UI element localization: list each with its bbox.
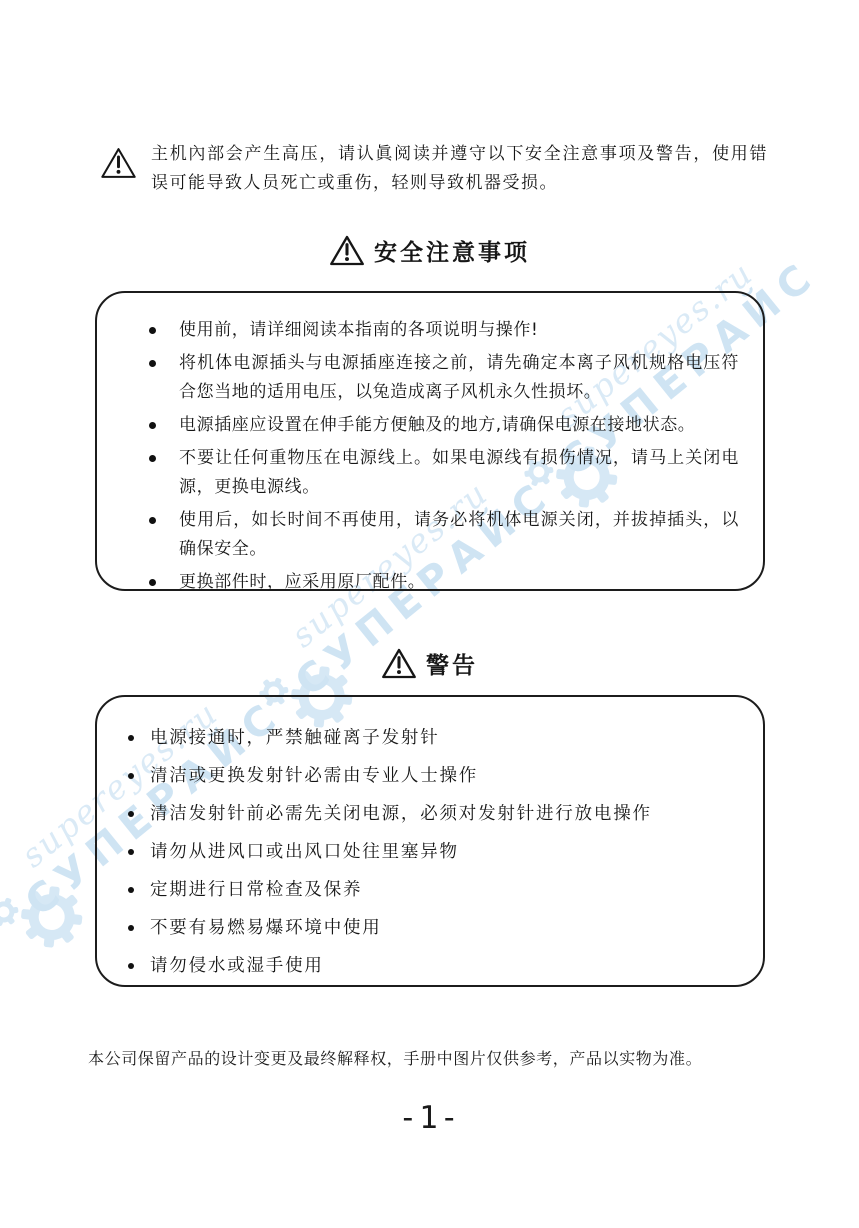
list-item: 电源接通时，严禁触碰离子发射针 bbox=[128, 719, 739, 757]
list-item: 使用后，如长时间不再使用，请务必将机体电源关闭，并拔掉插头，以确保安全。 bbox=[149, 506, 739, 564]
warning-triangle-icon bbox=[381, 647, 417, 680]
safety-box: 使用前，请详细阅读本指南的各项说明与操作! 将机体电源插头与电源插座连接之前，请… bbox=[95, 291, 765, 591]
warning-triangle-icon bbox=[100, 146, 137, 180]
list-item: 使用前，请详细阅读本指南的各项说明与操作! bbox=[149, 316, 739, 345]
top-notice: 主机內部会产生高压，请认眞阅读并遵守以下安全注意事项及警告，使用错误可能导致人员… bbox=[100, 140, 768, 198]
list-item: 更换部件时，应采用原厂配件。 bbox=[149, 568, 739, 597]
bullet-icon bbox=[149, 579, 156, 586]
list-item: 清洁发射针前必需先关闭电源，必须对发射针进行放电操作 bbox=[128, 795, 739, 833]
bullet-icon bbox=[128, 849, 134, 855]
section-warning-heading: 警告 bbox=[0, 647, 859, 680]
page-number: -1- bbox=[0, 1100, 859, 1136]
section-safety-heading: 安全注意事项 bbox=[0, 234, 859, 267]
manual-page: supereyes.ru СУПЕРАЙС bbox=[0, 0, 859, 1228]
list-item: 将机体电源插头与电源插座连接之前，请先确定本离子风机规格电压符合您当地的适用电压… bbox=[149, 349, 739, 407]
section-safety-title: 安全注意事项 bbox=[374, 234, 530, 267]
bullet-icon bbox=[128, 773, 134, 779]
footer-disclaimer: 本公司保留产品的设计变更及最终解释权，手册中图片仅供参考，产品以实物为准。 bbox=[88, 1046, 788, 1069]
bullet-icon bbox=[128, 735, 134, 741]
bullet-icon bbox=[128, 811, 134, 817]
list-item: 不要有易燃易爆环境中使用 bbox=[128, 909, 739, 947]
warning-box: 电源接通时，严禁触碰离子发射针 清洁或更换发射针必需由专业人士操作 清洁发射针前… bbox=[95, 695, 765, 987]
list-item: 电源插座应设置在伸手能方便触及的地方,请确保电源在接地状态。 bbox=[149, 411, 739, 440]
bullet-icon bbox=[128, 925, 134, 931]
section-warning-title: 警告 bbox=[426, 647, 478, 680]
bullet-icon bbox=[128, 963, 134, 969]
warning-list: 电源接通时，严禁触碰离子发射针 清洁或更换发射针必需由专业人士操作 清洁发射针前… bbox=[128, 719, 739, 985]
bullet-icon bbox=[149, 327, 156, 334]
list-item: 请勿侵水或湿手使用 bbox=[128, 947, 739, 985]
list-item: 清洁或更换发射针必需由专业人士操作 bbox=[128, 757, 739, 795]
list-item: 不要让任何重物压在电源线上。如果电源线有损伤情况，请马上关闭电源，更换电源线。 bbox=[149, 444, 739, 502]
safety-list: 使用前，请详细阅读本指南的各项说明与操作! 将机体电源插头与电源插座连接之前，请… bbox=[149, 316, 739, 597]
bullet-icon bbox=[149, 455, 156, 462]
bullet-icon bbox=[149, 422, 156, 429]
bullet-icon bbox=[149, 360, 156, 367]
bullet-icon bbox=[128, 887, 134, 893]
top-notice-text: 主机內部会产生高压，请认眞阅读并遵守以下安全注意事项及警告，使用错误可能导致人员… bbox=[151, 140, 768, 198]
bullet-icon bbox=[149, 517, 156, 524]
list-item: 定期进行日常检查及保养 bbox=[128, 871, 739, 909]
list-item: 请勿从进风口或出风口处往里塞异物 bbox=[128, 833, 739, 871]
warning-triangle-icon bbox=[329, 234, 365, 267]
page-content: 主机內部会产生高压，请认眞阅读并遵守以下安全注意事项及警告，使用错误可能导致人员… bbox=[0, 0, 859, 1228]
